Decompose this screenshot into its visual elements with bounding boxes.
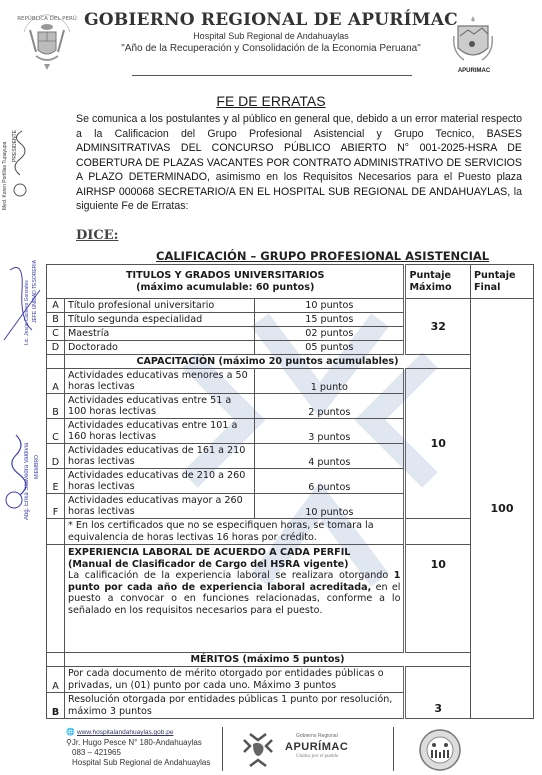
row-letter: E [47, 469, 65, 494]
row-desc: Actividades educativas mayor a 260 horas… [64, 494, 254, 519]
header-divider [132, 75, 412, 76]
row-points: 05 puntos [255, 341, 405, 355]
titulos-header-line2: (máximo acumulable: 60 puntos) [50, 282, 400, 294]
row-desc: Título profesional universitario [64, 299, 254, 313]
document-heading: FE DE ERRATAS [0, 93, 542, 109]
row-desc: Doctorado [64, 341, 254, 355]
table-row: A Por cada documento de mérito otorgado … [47, 667, 534, 693]
row-letter: C [47, 327, 65, 341]
row-letter: C [47, 419, 65, 444]
row-desc: Actividades educativas entre 51 a 100 ho… [64, 394, 254, 419]
apurimac-coat-of-arms-icon [448, 14, 498, 72]
footer-hospital: Hospital Sub Regional de Andahuaylas [66, 758, 210, 768]
table-title: CALIFICACIÓN – GRUPO PROFESIONAL ASISTEN… [156, 249, 489, 263]
footer-brand-small: Gobierno Regional [296, 733, 338, 739]
capacitacion-max: 10 [405, 369, 471, 519]
meritos-title: MÉRITOS (máximo 5 puntos) [64, 653, 470, 667]
row-letter: A [47, 299, 65, 313]
qualification-table: TITULOS Y GRADOS UNIVERSITARIOS(máximo a… [46, 264, 534, 719]
stamp-name: Lic. Jesús Cáceres Gonzales [24, 245, 30, 345]
titulos-header: TITULOS Y GRADOS UNIVERSITARIOS(máximo a… [47, 265, 405, 299]
experiencia-title: EXPERIENCIA LABORAL DE ACUERDO A CADA PE… [68, 547, 401, 559]
row-points: 1 punto [255, 369, 405, 394]
dice-label: DICE: [76, 228, 118, 243]
row-points: 2 puntos [255, 394, 405, 419]
row-points: 02 puntos [255, 327, 405, 341]
apurimac-crest-label: APURIMAC [446, 68, 502, 74]
stamp-role: MIEMBRO [34, 455, 40, 479]
row-desc: Actividades educativas menores a 50 hora… [64, 369, 254, 394]
experiencia-text: La calificación de la experiencia labora… [68, 570, 394, 581]
stamp-name: Med. Karen Portillas Tupayupa [2, 100, 8, 210]
row-letter: A [47, 369, 65, 394]
footer-divider [393, 727, 394, 771]
apurimac-region-logo-icon [238, 732, 278, 768]
meritos-max: 3 [405, 667, 471, 719]
puntaje-final-header: Puntaje Final [471, 265, 534, 299]
row-letter: D [47, 341, 65, 355]
row-letter: B [47, 693, 65, 719]
stamp-miembro: Abg. Erika Saavedra Valdivia MIEMBRO [2, 425, 42, 525]
titulos-max: 32 [405, 299, 471, 355]
row-points: 10 puntos [255, 494, 405, 519]
row-desc: Título segunda especialidad [64, 313, 254, 327]
titulos-header-line1: TITULOS Y GRADOS UNIVERSITARIOS [50, 270, 400, 282]
footer-contact: 🌐 www.hospitalandahuaylas.gob.pe ⚲Jr. Hu… [66, 727, 210, 768]
table-row: A Actividades educativas menores a 50 ho… [47, 369, 534, 394]
row-points: 10 puntos [255, 299, 405, 313]
stamp-presidente: Med. Karen Portillas Tupayupa PRESIDENTE [2, 90, 42, 220]
footer-website-link[interactable]: www.hospitalandahuaylas.gob.pe [77, 729, 173, 736]
stamp-role: JEFE UNIDAD TESORERIA [32, 260, 38, 323]
footer-phone: 083 – 421965 [66, 748, 210, 758]
row-letter: D [47, 444, 65, 469]
stamp-name: Abg. Erika Saavedra Valdivia [24, 430, 30, 520]
stamp-tesoreria: Lic. Jesús Cáceres Gonzales JEFE UNIDAD … [2, 240, 42, 350]
experiencia-subtitle: (Manual de Clasificador de Cargo del HSR… [68, 559, 401, 571]
row-desc: Actividades educativas de 161 a 210 hora… [64, 444, 254, 469]
table-row: A Título profesional universitario 10 pu… [47, 299, 534, 313]
signature-icon [2, 90, 42, 220]
row-points: 6 puntos [255, 469, 405, 494]
footer-address: Jr. Hugo Pesce N° 180-Andahuaylas [72, 738, 202, 747]
puntaje-final-total: 100 [471, 299, 534, 719]
capacitacion-note: * En los certificados que no se especifi… [64, 519, 405, 545]
capacitacion-title: CAPACITACIÓN (máximo 20 puntos acumulabl… [64, 355, 470, 369]
row-letter: B [47, 313, 65, 327]
experiencia-max: 10 [405, 545, 471, 653]
footer-brand: APURÍMAC [285, 741, 348, 753]
row-points: 4 puntos [255, 444, 405, 469]
row-desc: Maestría [64, 327, 254, 341]
row-desc: Actividades educativas entre 101 a 160 h… [64, 419, 254, 444]
stamp-role: PRESIDENTE [12, 130, 18, 162]
row-desc: Resolución otorgada por entidades públic… [64, 693, 405, 719]
row-desc: Por cada documento de mérito otorgado po… [64, 667, 405, 693]
row-letter: B [47, 394, 65, 419]
row-desc: Actividades educativas de 210 a 260 hora… [64, 469, 254, 494]
row-points: 15 puntos [255, 313, 405, 327]
row-letter: F [47, 494, 65, 519]
announcement-paragraph: Se comunica a los postulantes y al públi… [76, 112, 522, 214]
paragraph-intro: Se comunica a los postulantes y al públi… [76, 113, 522, 140]
paragraph-middle: asimismo en los Requisitos Necesarios pa… [210, 171, 497, 183]
puntaje-maximo-header: Puntaje Máximo [405, 265, 471, 299]
footer-brand-tagline: Unidos por el pueblo [296, 754, 338, 759]
globe-icon: 🌐 [66, 729, 75, 736]
row-letter: A [47, 667, 65, 693]
experiencia-cell: EXPERIENCIA LABORAL DE ACUERDO A CADA PE… [64, 545, 405, 653]
footer-divider [222, 727, 223, 771]
row-points: 3 puntos [255, 419, 405, 444]
hospital-seal-icon [418, 728, 462, 772]
